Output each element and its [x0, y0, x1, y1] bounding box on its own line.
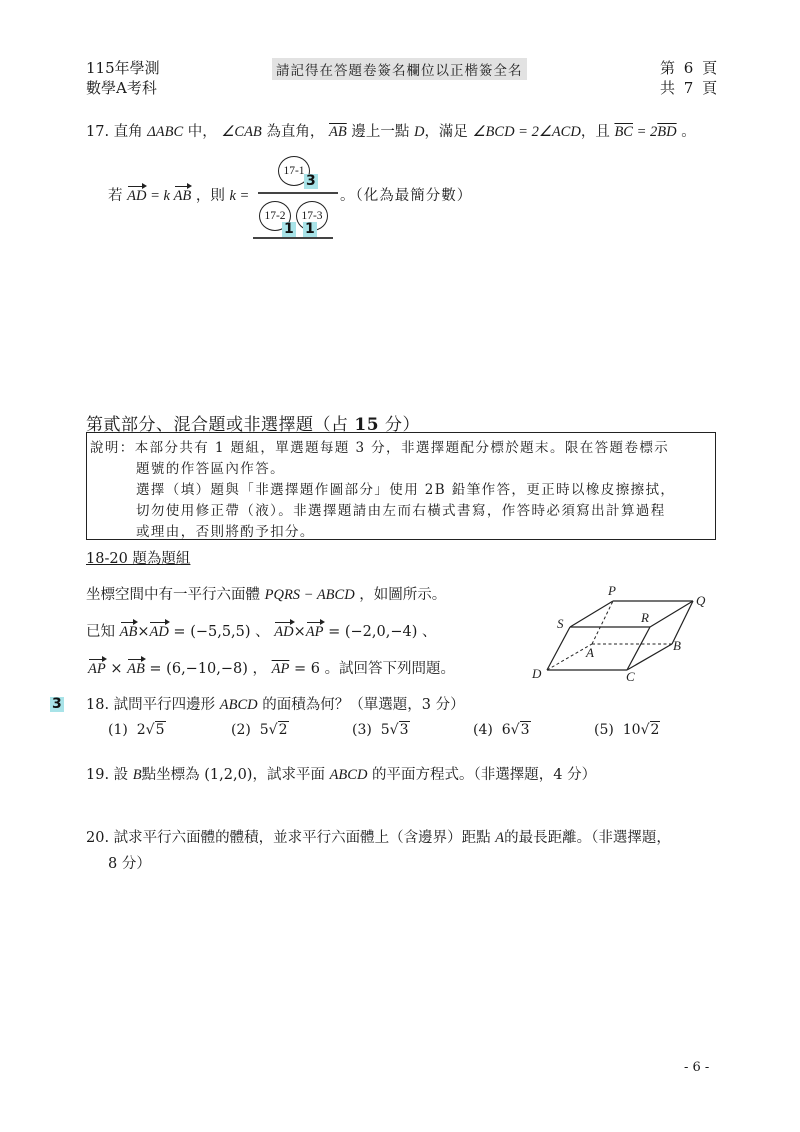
q17-triangle: ΔABC: [147, 124, 183, 140]
vector-ab: AB: [174, 186, 192, 206]
page-number: - 6 -: [684, 1060, 709, 1075]
q19-text: 的平面方程式。（非選擇題，4 分）: [372, 767, 596, 783]
option-coef: 10: [623, 722, 641, 738]
vector: AD: [149, 622, 168, 642]
instruction-line: 或理由，否則將酌予扣分。: [136, 520, 315, 540]
q18-text: 試問平行四邊形: [114, 697, 216, 713]
q19-text: 設: [114, 767, 129, 783]
exam-year: 115年學測: [86, 58, 160, 78]
group-text: ，如圖所示。: [359, 587, 446, 603]
vector: AP: [306, 622, 324, 642]
q17-segment-ab: AB: [329, 124, 347, 140]
q17-text: 若: [108, 188, 123, 204]
option-radicand: 2: [278, 721, 289, 738]
question-18: 18. 試問平行四邊形 ABCD 的面積為何？（單選題，3 分）: [86, 695, 465, 715]
option-2[interactable]: (2) 5√2: [231, 722, 289, 738]
question-19: 19. 設 B點坐標為 (1,2,0)，試求平面 ABCD 的平面方程式。（非選…: [86, 765, 596, 785]
q17-angle: ∠CAB: [221, 124, 261, 140]
option-radicand: 3: [399, 721, 410, 738]
option-coef: 5: [381, 722, 390, 738]
q20-text: 的最長距離。（非選擇題，: [504, 830, 671, 846]
q17-line2: 若 AD = k AB ，則 k =: [108, 186, 249, 206]
instruction-line: 題號的作答區內作答。: [136, 457, 285, 477]
option-coef: 5: [260, 722, 269, 738]
q17-text: ，則: [196, 188, 225, 204]
q19-plane: ABCD: [330, 767, 368, 783]
separator: 、: [422, 624, 437, 640]
option-radicand: 3: [520, 721, 531, 738]
q20-number: 20.: [86, 830, 109, 846]
total-pages-label: 共 7 頁: [660, 78, 719, 98]
q17-text: 中，: [188, 124, 217, 140]
vector-ad: AD: [127, 186, 146, 206]
answer-17-3: 1: [303, 222, 317, 237]
option-5[interactable]: (5) 10√2: [594, 722, 660, 738]
q17-segment-bd: BD: [657, 124, 676, 140]
q17-text: 邊上一點: [351, 124, 409, 140]
vertex-label-s: S: [557, 616, 564, 631]
instruction-line: 切勿使用修正帶（液）。非選擇題請由左而右橫式書寫，作答時必須寫出計算過程: [136, 499, 666, 519]
q17-text: 。: [681, 124, 696, 140]
answer-17-2: 1: [282, 222, 296, 237]
question-group-label: 18-20 題為題組: [86, 549, 190, 569]
q17-text: ，且: [581, 124, 610, 140]
q18-number: 18.: [86, 697, 109, 713]
vertex-label-a: A: [585, 645, 594, 660]
q17-text: ，滿足: [424, 124, 468, 140]
q17-suffix: 。（化為最簡分數）: [340, 186, 472, 206]
vertex-label-p: P: [607, 583, 616, 598]
segment-ap: AP: [272, 661, 290, 677]
q19-point: B: [133, 767, 142, 783]
q17-number: 17.: [86, 124, 109, 140]
parallelepiped-figure: P Q R S A B C D: [520, 580, 720, 690]
option-label: (4): [473, 722, 493, 738]
option-label: (3): [352, 722, 372, 738]
vector: AD: [274, 622, 293, 642]
signature-notice: 請記得在答題卷簽名欄位以正楷簽全名: [272, 58, 527, 80]
question-17: 17. 直角 ΔABC 中， ∠CAB 為直角， AB 邊上一點 D，滿足 ∠B…: [86, 122, 696, 142]
cross-result: = (6,−10,−8): [145, 661, 248, 677]
separator: ，: [253, 661, 268, 677]
option-coef: 6: [502, 722, 511, 738]
q19-number: 19.: [86, 767, 109, 783]
cross-result: = (−2,0,−4): [324, 624, 418, 640]
given-cross-products: 已知 AB×AD = (−5,5,5) 、 AD×AP = (−2,0,−4) …: [86, 622, 436, 642]
group-text: 已知: [86, 624, 115, 640]
q18-text: 的面積為何？（單選題，3 分）: [262, 697, 464, 713]
option-label: (1): [108, 722, 128, 738]
group-intro: 坐標空間中有一平行六面體 PQRS − ABCD ，如圖所示。: [86, 585, 446, 605]
cross-result: = (−5,5,5): [169, 624, 251, 640]
separator: 、: [255, 624, 270, 640]
q20-point: A: [495, 830, 504, 846]
q17-point: D: [414, 124, 424, 140]
q19-text: 點坐標為 (1,2,0)，試求平面: [142, 767, 325, 783]
vector: AB: [127, 659, 145, 679]
vertex-label-d: D: [531, 666, 542, 681]
answer-18: 3: [50, 697, 64, 712]
vertex-label-c: C: [626, 669, 635, 684]
vertex-label-q: Q: [696, 593, 706, 608]
question-20: 20. 試求平行六面體的體積，並求平行六面體上（含邊界）距點 A的最長距離。（非…: [86, 828, 671, 848]
q17-eq: = k: [146, 188, 173, 204]
q17-segment-bc: BC: [614, 124, 633, 140]
q17-eq: = 2: [633, 124, 657, 140]
option-1[interactable]: (1) 2√5: [108, 722, 166, 738]
q20-text: 試求平行六面體的體積，並求平行六面體上（含邊界）距點: [114, 830, 491, 846]
answer-line: [253, 237, 333, 239]
solid-name: PQRS − ABCD: [265, 587, 355, 603]
fraction-bar: [258, 192, 338, 194]
vector: AB: [120, 622, 138, 642]
q17-k: k =: [230, 188, 250, 204]
vertex-label-b: B: [673, 638, 681, 653]
answer-17-1: 3: [304, 174, 318, 189]
length-value: = 6: [289, 661, 320, 677]
instruction-line: 選擇（填）題與「非選擇題作圖部分」使用 2B 鉛筆作答，更正時以橡皮擦擦拭，: [136, 478, 675, 498]
group-text: 坐標空間中有一平行六面體: [86, 587, 260, 603]
page-label: 第 6 頁: [660, 58, 719, 78]
q18-shape: ABCD: [220, 697, 258, 713]
option-label: (2): [231, 722, 251, 738]
vector: AP: [88, 659, 106, 679]
instruction-line: 說明：本部分共有 1 題組，單選題每題 3 分，非選擇題配分標於題末。限在答題卷…: [90, 436, 669, 456]
q20-line2: 8 分）: [108, 854, 151, 874]
q17-text: 直角: [114, 124, 143, 140]
option-label: (5): [594, 722, 614, 738]
q17-text: 為直角，: [266, 124, 324, 140]
option-4[interactable]: (4) 6√3: [473, 722, 531, 738]
subject-label: 數學A考科: [86, 78, 157, 98]
vertex-label-r: R: [640, 610, 649, 625]
option-radicand: 2: [650, 721, 661, 738]
q17-angle-equation: ∠BCD = 2∠ACD: [473, 124, 581, 140]
option-radicand: 5: [155, 721, 166, 738]
group-text: 。試回答下列問題。: [325, 661, 456, 677]
option-coef: 2: [137, 722, 146, 738]
given-cross-and-length: AP × AB = (6,−10,−8) ， AP = 6 。試回答下列問題。: [88, 659, 455, 679]
option-3[interactable]: (3) 5√3: [352, 722, 410, 738]
